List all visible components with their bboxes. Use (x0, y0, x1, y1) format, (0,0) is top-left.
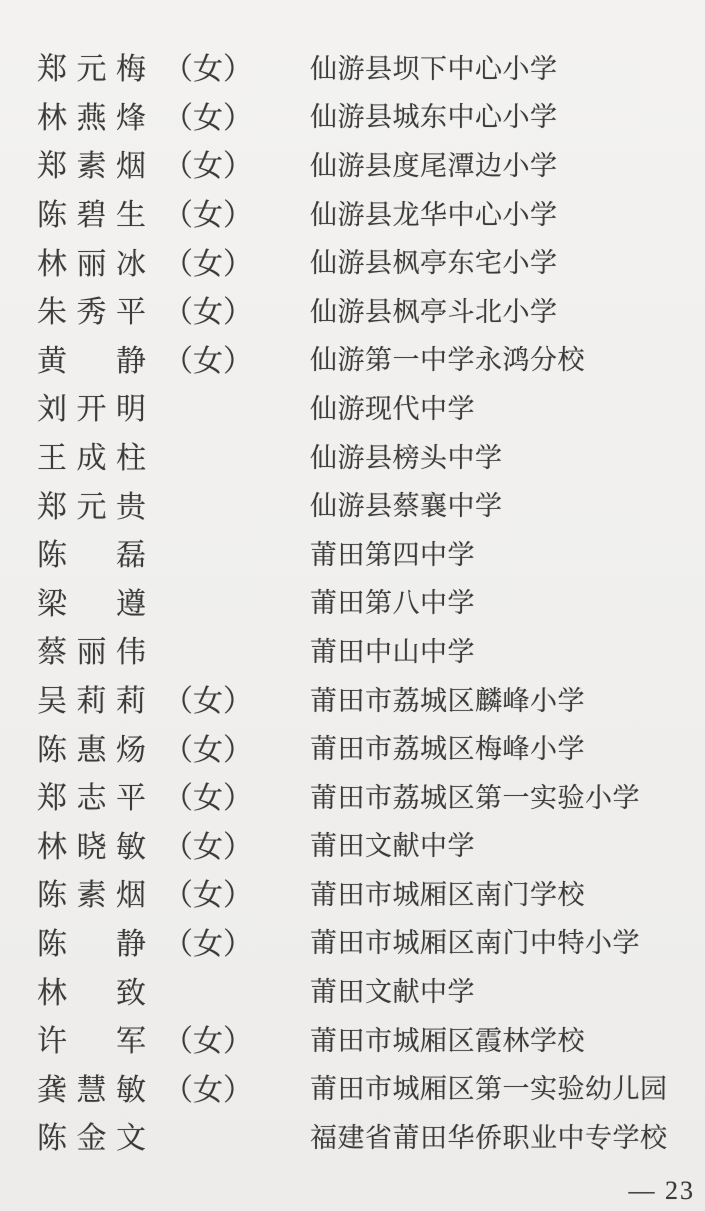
teacher-name: 陈碧生 (37, 190, 147, 234)
teacher-name: 郑元贵 (37, 482, 147, 526)
school-name: 仙游县坝下中心小学 (310, 47, 558, 86)
school-name: 莆田市荔城区梅峰小学 (310, 727, 585, 766)
teacher-name: 龚慧敏 (37, 1065, 147, 1109)
teacher-name: 梁遵 (37, 579, 147, 623)
school-name: 仙游县度尾潭边小学 (310, 144, 558, 183)
school-name: 莆田第四中学 (310, 533, 475, 572)
gender-marker: （女） (163, 141, 261, 185)
teacher-name: 陈金文 (37, 1113, 147, 1157)
teacher-name: 陈磊 (37, 530, 147, 574)
school-name: 仙游第一中学永鸿分校 (310, 338, 585, 377)
teacher-name: 朱秀平 (37, 287, 147, 331)
gender-marker: （女） (163, 1016, 261, 1060)
gender-marker: （女） (163, 239, 261, 283)
gender-marker: （女） (163, 190, 261, 234)
teacher-name: 林致 (37, 968, 147, 1012)
gender-marker: （女） (163, 287, 261, 331)
teacher-name: 陈惠炀 (37, 725, 147, 769)
teacher-name: 陈素烟 (37, 870, 147, 914)
roster-row: 许军 （女） 莆田市城厢区霞林学校 (0, 1014, 705, 1063)
school-name: 莆田文献中学 (310, 824, 475, 863)
school-name: 仙游县蔡襄中学 (310, 484, 503, 523)
roster-row: 陈惠炀 （女） 莆田市荔城区梅峰小学 (0, 722, 705, 771)
roster-row: 陈金文 福建省莆田华侨职业中专学校 (0, 1111, 705, 1160)
roster-row: 林丽冰 （女） 仙游县枫亭东宅小学 (0, 236, 705, 285)
gender-marker: （女） (163, 1065, 261, 1109)
roster-row: 陈碧生 （女） 仙游县龙华中心小学 (0, 188, 705, 237)
roster-row: 黄静 （女） 仙游第一中学永鸿分校 (0, 334, 705, 383)
roster-row: 刘开明 仙游现代中学 (0, 382, 705, 431)
gender-marker: （女） (163, 336, 261, 380)
gender-marker: （女） (163, 870, 261, 914)
roster-row: 陈静 （女） 莆田市城厢区南门中特小学 (0, 917, 705, 966)
teacher-name: 郑志平 (37, 773, 147, 817)
teacher-name: 黄静 (37, 336, 147, 380)
school-name: 仙游县榜头中学 (310, 436, 503, 475)
roster-row: 郑素烟 （女） 仙游县度尾潭边小学 (0, 139, 705, 188)
roster-row: 梁遵 莆田第八中学 (0, 577, 705, 626)
roster-row: 王成柱 仙游县榜头中学 (0, 431, 705, 480)
teacher-name: 吴莉莉 (37, 676, 147, 720)
teacher-name: 郑素烟 (37, 141, 147, 185)
teacher-name: 郑元梅 (37, 44, 147, 88)
school-name: 莆田中山中学 (310, 630, 475, 669)
school-name: 仙游县枫亭斗北小学 (310, 290, 558, 329)
school-name: 莆田第八中学 (310, 581, 475, 620)
roster-row: 林晓敏 （女） 莆田文献中学 (0, 820, 705, 869)
school-name: 莆田文献中学 (310, 970, 475, 1009)
gender-marker: （女） (163, 822, 261, 866)
school-name: 仙游县龙华中心小学 (310, 193, 558, 232)
school-name: 莆田市城厢区南门学校 (310, 873, 585, 912)
teacher-name: 林晓敏 (37, 822, 147, 866)
school-name: 莆田市城厢区霞林学校 (310, 1019, 585, 1058)
roster-row: 蔡丽伟 莆田中山中学 (0, 625, 705, 674)
teacher-roster: 郑元梅 （女） 仙游县坝下中心小学 林燕烽 （女） 仙游县城东中心小学 郑素烟 … (0, 42, 705, 1160)
roster-row: 郑元梅 （女） 仙游县坝下中心小学 (0, 42, 705, 91)
school-name: 莆田市城厢区第一实验幼儿园 (310, 1067, 668, 1106)
gender-marker: （女） (163, 725, 261, 769)
roster-row: 吴莉莉 （女） 莆田市荔城区麟峰小学 (0, 674, 705, 723)
roster-row: 郑志平 （女） 莆田市荔城区第一实验小学 (0, 771, 705, 820)
page-number: — 23 (629, 1176, 696, 1206)
gender-marker: （女） (163, 44, 261, 88)
school-name: 仙游现代中学 (310, 387, 475, 426)
school-name: 莆田市城厢区南门中特小学 (310, 921, 640, 960)
teacher-name: 林燕烽 (37, 93, 147, 137)
teacher-name: 王成柱 (37, 433, 147, 477)
teacher-name: 陈静 (37, 919, 147, 963)
gender-marker: （女） (163, 919, 261, 963)
roster-row: 林燕烽 （女） 仙游县城东中心小学 (0, 91, 705, 140)
roster-row: 朱秀平 （女） 仙游县枫亭斗北小学 (0, 285, 705, 334)
roster-row: 陈磊 莆田第四中学 (0, 528, 705, 577)
school-name: 仙游县枫亭东宅小学 (310, 241, 558, 280)
school-name: 莆田市荔城区第一实验小学 (310, 776, 640, 815)
gender-marker: （女） (163, 93, 261, 137)
roster-row: 郑元贵 仙游县蔡襄中学 (0, 479, 705, 528)
roster-row: 陈素烟 （女） 莆田市城厢区南门学校 (0, 868, 705, 917)
roster-row: 龚慧敏 （女） 莆田市城厢区第一实验幼儿园 (0, 1062, 705, 1111)
teacher-name: 蔡丽伟 (37, 627, 147, 671)
school-name: 仙游县城东中心小学 (310, 95, 558, 134)
roster-row: 林致 莆田文献中学 (0, 965, 705, 1014)
gender-marker: （女） (163, 676, 261, 720)
teacher-name: 许军 (37, 1016, 147, 1060)
school-name: 福建省莆田华侨职业中专学校 (310, 1116, 668, 1155)
teacher-name: 林丽冰 (37, 239, 147, 283)
teacher-name: 刘开明 (37, 384, 147, 428)
school-name: 莆田市荔城区麟峰小学 (310, 679, 585, 718)
scanned-document-page: 郑元梅 （女） 仙游县坝下中心小学 林燕烽 （女） 仙游县城东中心小学 郑素烟 … (0, 0, 705, 1211)
gender-marker: （女） (163, 773, 261, 817)
